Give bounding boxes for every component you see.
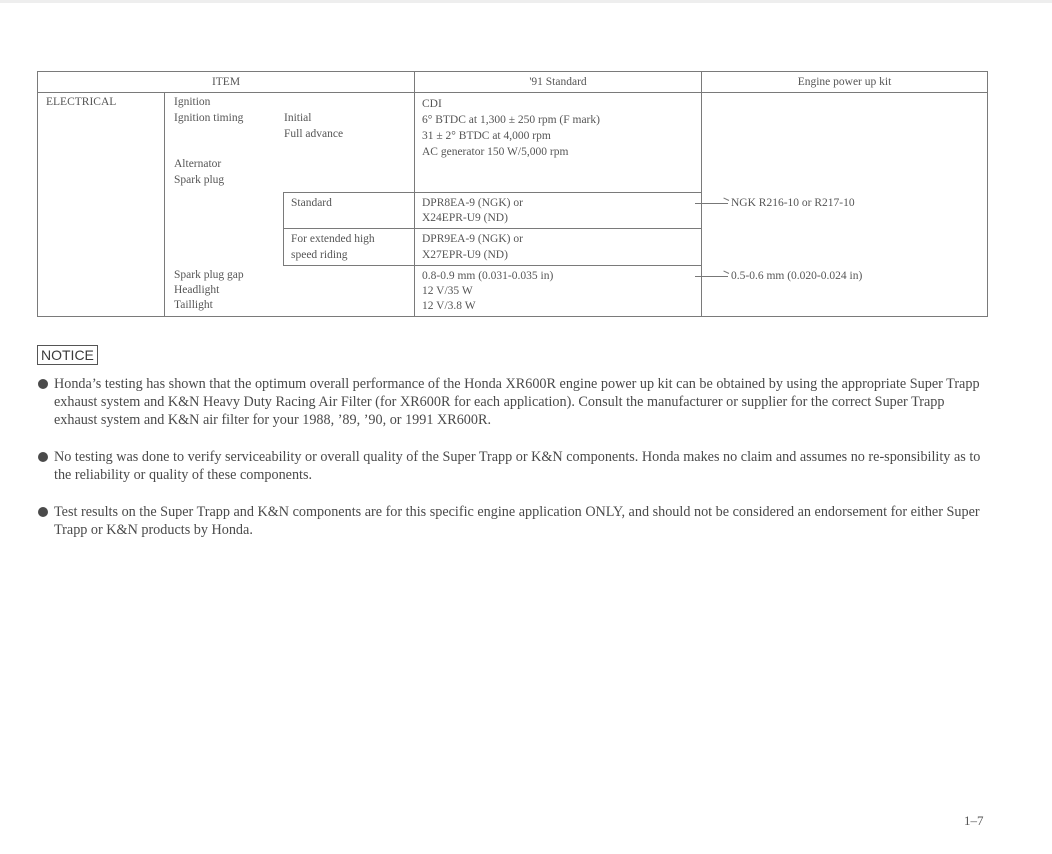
electrical-spec-table: ITEM '91 Standard Engine power up kit EL…	[37, 71, 988, 317]
standard-kit-divider	[701, 72, 702, 316]
item-alternator: Alternator	[174, 157, 221, 173]
std-plug-standard-1: DPR8EA-9 (NGK) or	[422, 196, 523, 212]
item-spark-plug-gap: Spark plug gap	[174, 268, 244, 284]
item-ignition-timing: Ignition timing	[174, 111, 243, 127]
subitem-full-advance: Full advance	[284, 127, 343, 143]
item-headlight: Headlight	[174, 283, 219, 299]
notice-text: No testing was done to verify serviceabi…	[54, 448, 988, 484]
kit-spark-plug: NGK R216-10 or R217-10	[731, 196, 855, 212]
header-kit: Engine power up kit	[702, 76, 987, 88]
header-item: ITEM	[38, 76, 414, 88]
bullet-icon	[38, 452, 48, 462]
std-plug-extended-1: DPR9EA-9 (NGK) or	[422, 232, 523, 248]
std-alternator: AC generator 150 W/5,000 rpm	[422, 145, 568, 161]
spark-plug-mid-line	[283, 228, 701, 229]
std-timing-full: 31 ± 2° BTDC at 4,000 rpm	[422, 129, 551, 145]
scan-edge	[0, 0, 1052, 3]
notice-label: NOTICE	[37, 345, 98, 365]
category-divider	[164, 92, 165, 316]
spark-plug-bottom-line	[283, 265, 701, 266]
std-plug-extended-2: X27EPR-U9 (ND)	[422, 248, 508, 264]
category-electrical: ELECTRICAL	[46, 95, 116, 111]
bullet-icon	[38, 379, 48, 389]
std-taillight: 12 V/3.8 W	[422, 299, 476, 315]
notice-text: Test results on the Super Trapp and K&N …	[54, 503, 988, 539]
header-divider	[38, 92, 987, 93]
subitem-extended-2: speed riding	[291, 248, 348, 264]
notice-text: Honda’s testing has shown that the optim…	[54, 375, 988, 429]
spark-plug-left-line	[283, 192, 284, 266]
std-timing-initial: 6° BTDC at 1,300 ± 250 rpm (F mark)	[422, 113, 600, 129]
subitem-extended-1: For extended high	[291, 232, 375, 248]
header-standard: '91 Standard	[415, 76, 701, 88]
arrow-icon	[695, 276, 728, 277]
item-standard-divider	[414, 72, 415, 316]
arrow-icon	[695, 203, 728, 204]
page-number: 1–7	[964, 813, 984, 829]
manual-page: ITEM '91 Standard Engine power up kit EL…	[0, 0, 1052, 854]
std-plug-gap: 0.8-0.9 mm (0.031-0.035 in)	[422, 269, 553, 285]
bullet-icon	[38, 507, 48, 517]
item-ignition: Ignition	[174, 95, 210, 111]
subitem-initial: Initial	[284, 111, 311, 127]
std-ignition: CDI	[422, 97, 442, 113]
item-spark-plug: Spark plug	[174, 173, 224, 189]
std-headlight: 12 V/35 W	[422, 284, 473, 300]
spark-plug-top-line	[283, 192, 701, 193]
subitem-standard: Standard	[291, 196, 332, 212]
std-plug-standard-2: X24EPR-U9 (ND)	[422, 211, 508, 227]
kit-plug-gap: 0.5-0.6 mm (0.020-0.024 in)	[731, 269, 862, 285]
item-taillight: Taillight	[174, 298, 213, 314]
